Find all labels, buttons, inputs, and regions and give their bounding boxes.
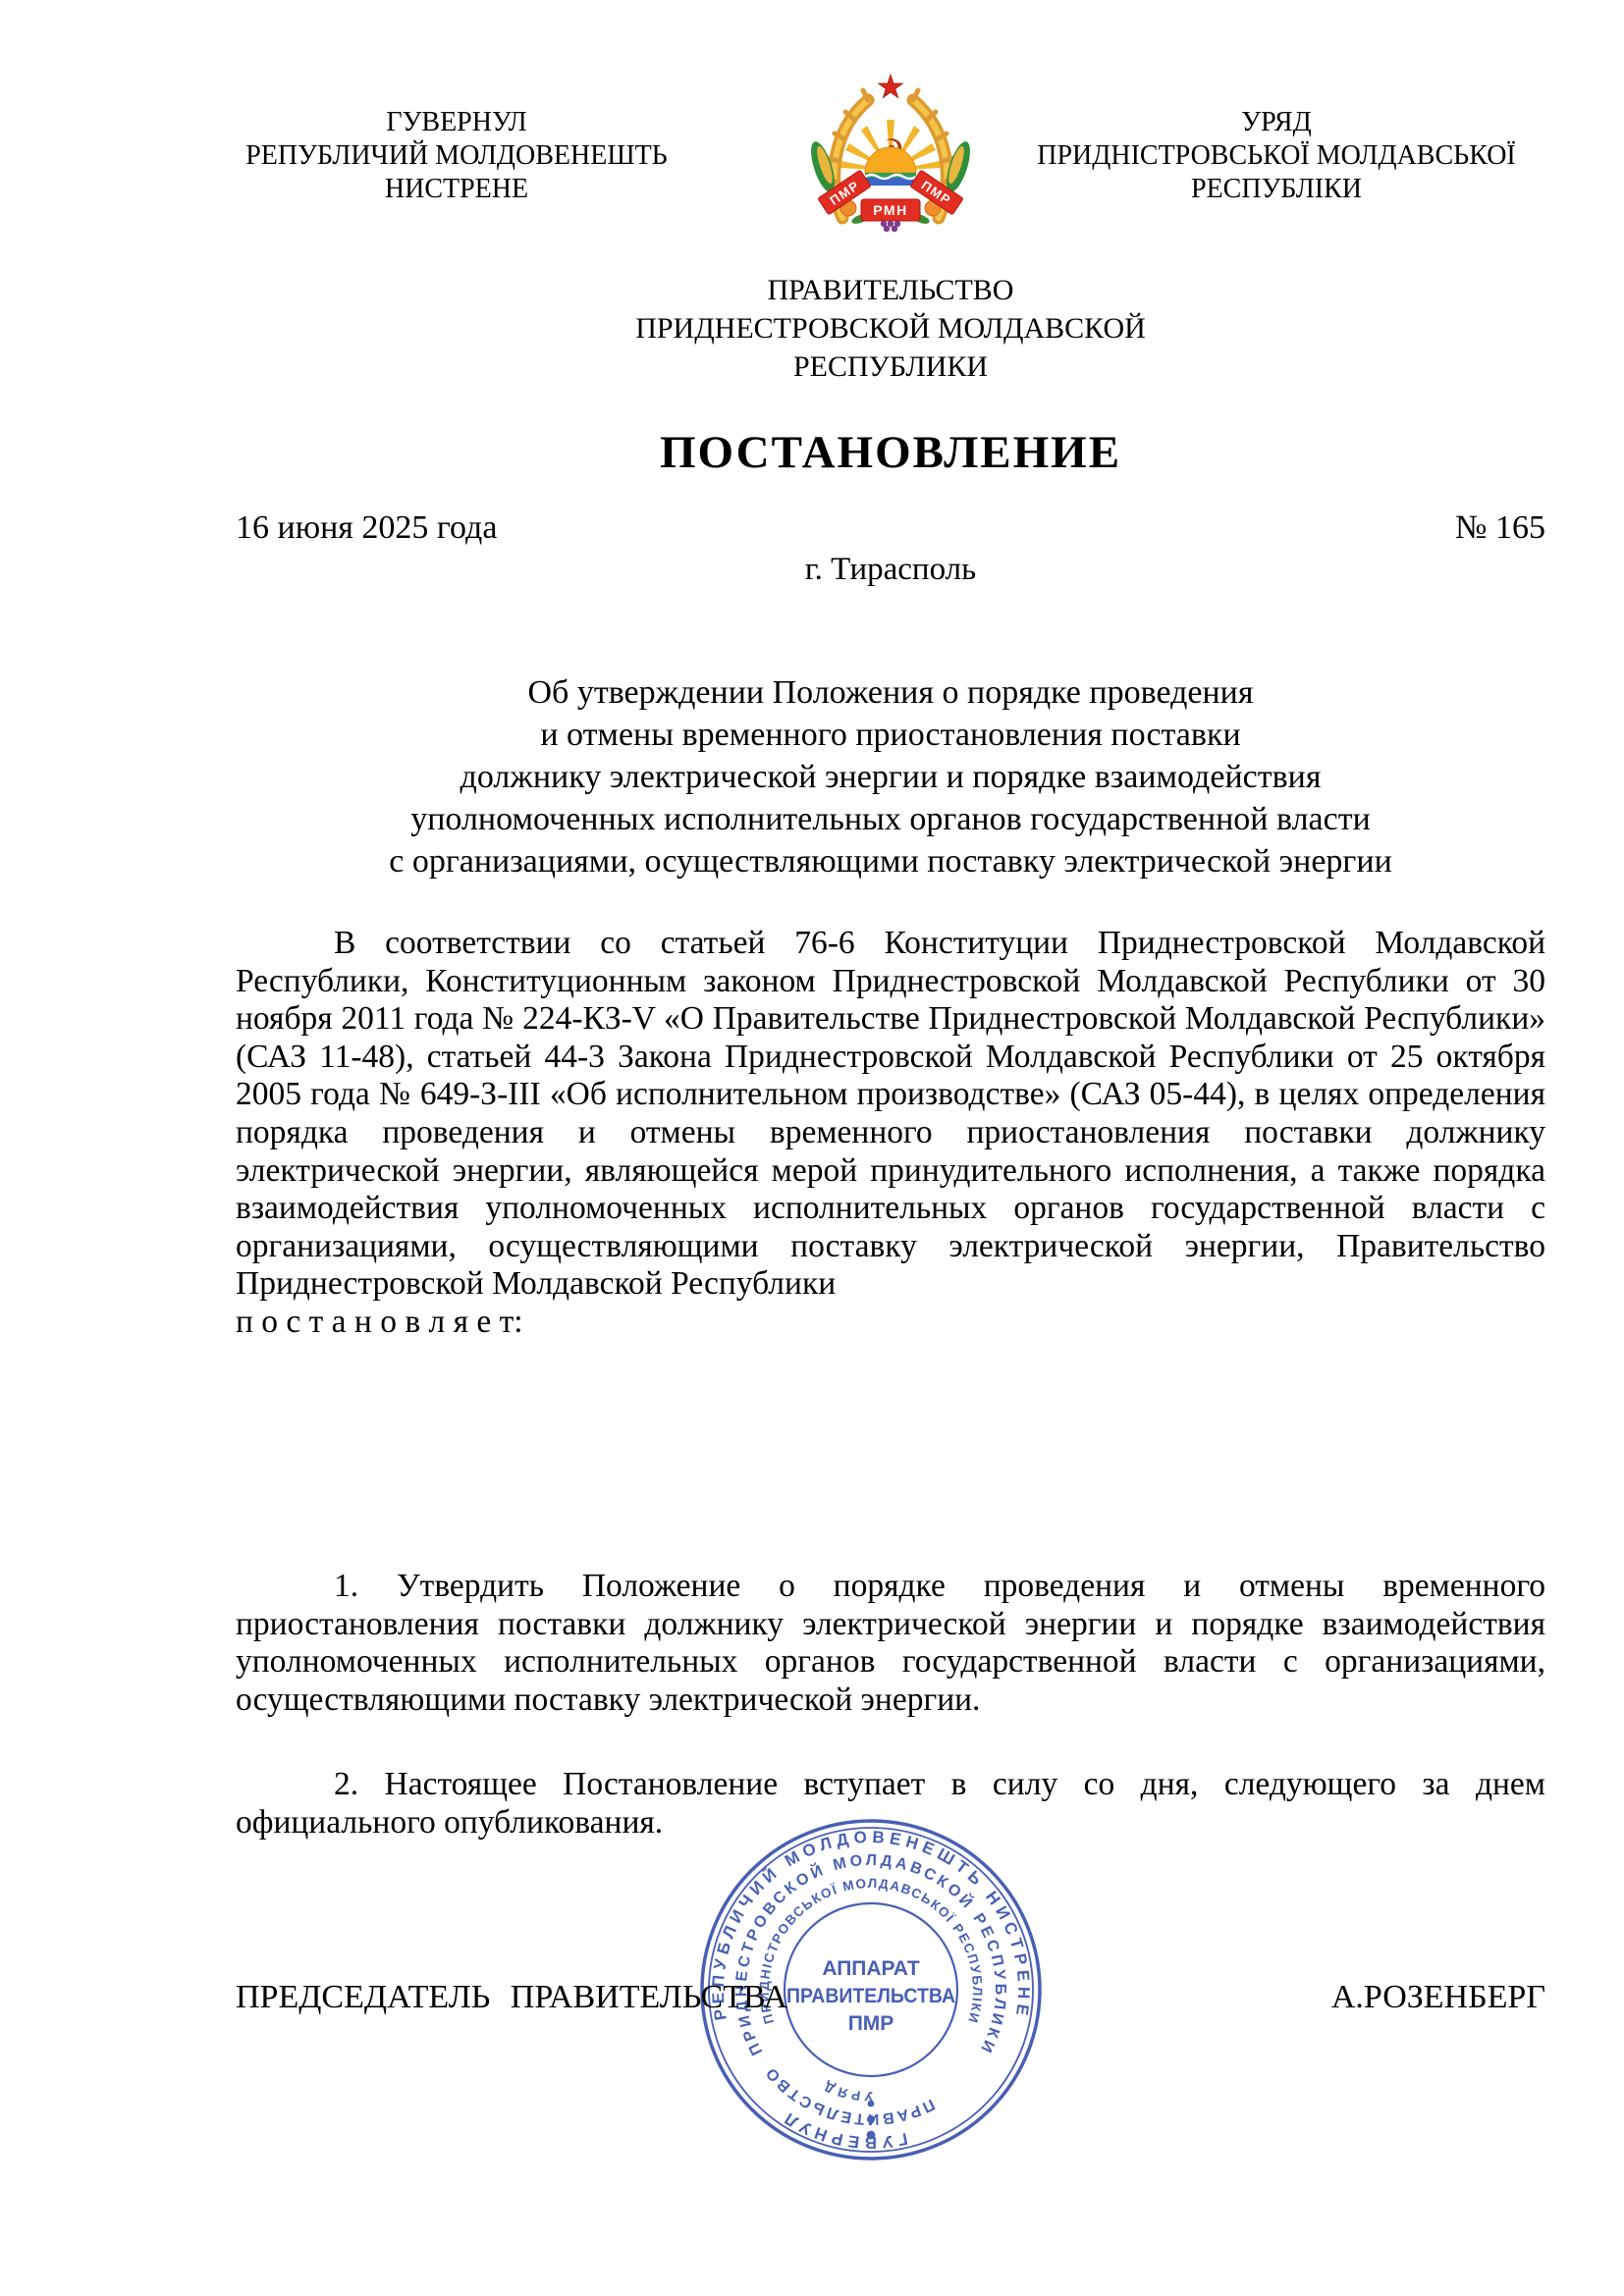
government-name-russian: ПРАВИТЕЛЬСТВО ПРИДНЕСТРОВСКОЙ МОЛДАВСКОЙ… [236, 271, 1545, 386]
stamp-separator-dots [867, 2101, 876, 2140]
header-line: НИСТРЕНЕ [187, 173, 727, 206]
header-left-moldovan: ГУВЕРНУЛ РЕПУБЛИЧИЙ МОЛДОВЕНЕШТЬ НИСТРЕН… [187, 106, 727, 206]
sun-icon [865, 147, 916, 173]
grapes-icon [881, 221, 900, 232]
document-subject: Об утверждении Положения о порядке прове… [236, 671, 1545, 882]
document-date: 16 июня 2025 года [236, 509, 497, 547]
header-line: РЕПУБЛИЧИЙ МОЛДОВЕНЕШТЬ [187, 139, 727, 173]
resolution-item-1-text: 1. Утвердить Положение о порядке проведе… [236, 1568, 1545, 1719]
stamp-center-line: ПРАВИТЕЛЬСТВА [786, 1985, 955, 2007]
header-line: ПРИДНІСТРОВСЬКОЇ МОЛДАВСЬКОЇ [1001, 139, 1551, 173]
subject-line: должнику электрической энергии и порядке… [236, 756, 1545, 798]
stamp-icon: РЕПУБЛИЧИЙ МОЛДОВЕНЕШТЬ НИСТРЕНЕ ГУВЕРНУ… [694, 1813, 1048, 2166]
stamp-center-line: АППАРАТ [822, 1957, 920, 1980]
document-type-title: ПОСТАНОВЛЕНИЕ [236, 426, 1545, 479]
official-stamp: РЕПУБЛИЧИЙ МОЛДОВЕНЕШТЬ НИСТРЕНЕ ГУВЕРНУ… [694, 1813, 1048, 2166]
coat-of-arms-icon: ☭ ПМР ПМР [807, 73, 974, 234]
header-right-ukrainian: УРЯД ПРИДНІСТРОВСЬКОЇ МОЛДАВСЬКОЇ РЕСПУБ… [1001, 106, 1551, 206]
document-page: ГУВЕРНУЛ РЕПУБЛИЧИЙ МОЛДОВЕНЕШТЬ НИСТРЕН… [0, 0, 1624, 2296]
document-number: № 165 [1455, 509, 1545, 547]
svg-text:УРЯД: УРЯД [819, 2078, 874, 2105]
stamp-ring-inner-bottom: УРЯД [819, 2078, 874, 2105]
ribbon-bottom-label: РМН [873, 202, 907, 218]
org-line: ПРАВИТЕЛЬСТВО [236, 271, 1545, 309]
preamble-paragraph: В соответствии со статьей 76-6 Конституц… [236, 925, 1545, 1304]
date-number-row: 16 июня 2025 года № 165 [236, 509, 1545, 547]
header-line: УРЯД [1001, 106, 1551, 139]
subject-line: и отмены временного приостановления пост… [236, 714, 1545, 756]
resolves-line: п о с т а н о в л я е т: [236, 1304, 1545, 1342]
red-star-icon [879, 75, 903, 98]
river-band-icon [865, 173, 916, 186]
document-city: г. Тирасполь [236, 552, 1545, 588]
header-line: РЕСПУБЛІКИ [1001, 173, 1551, 206]
stamp-center-line: ПМР [848, 2012, 894, 2035]
preamble-block: В соответствии со статьей 76-6 Конституц… [236, 925, 1545, 1342]
coat-of-arms-pmr-emblem: ☭ ПМР ПМР [807, 73, 974, 234]
subject-line: уполномоченных исполнительных органов го… [236, 798, 1545, 840]
header-line: ГУВЕРНУЛ [187, 106, 727, 139]
org-line: ПРИДНЕСТРОВСКОЙ МОЛДАВСКОЙ [236, 309, 1545, 347]
subject-line: с организациями, осуществляющими поставк… [236, 840, 1545, 882]
resolution-item-1: 1. Утвердить Положение о порядке проведе… [236, 1568, 1545, 1719]
org-line: РЕСПУБЛИКИ [236, 347, 1545, 386]
subject-line: Об утверждении Положения о порядке прове… [236, 671, 1545, 714]
signature-name: А.РОЗЕНБЕРГ [1331, 1979, 1545, 2016]
ribbon-bottom: РМН [861, 199, 920, 221]
